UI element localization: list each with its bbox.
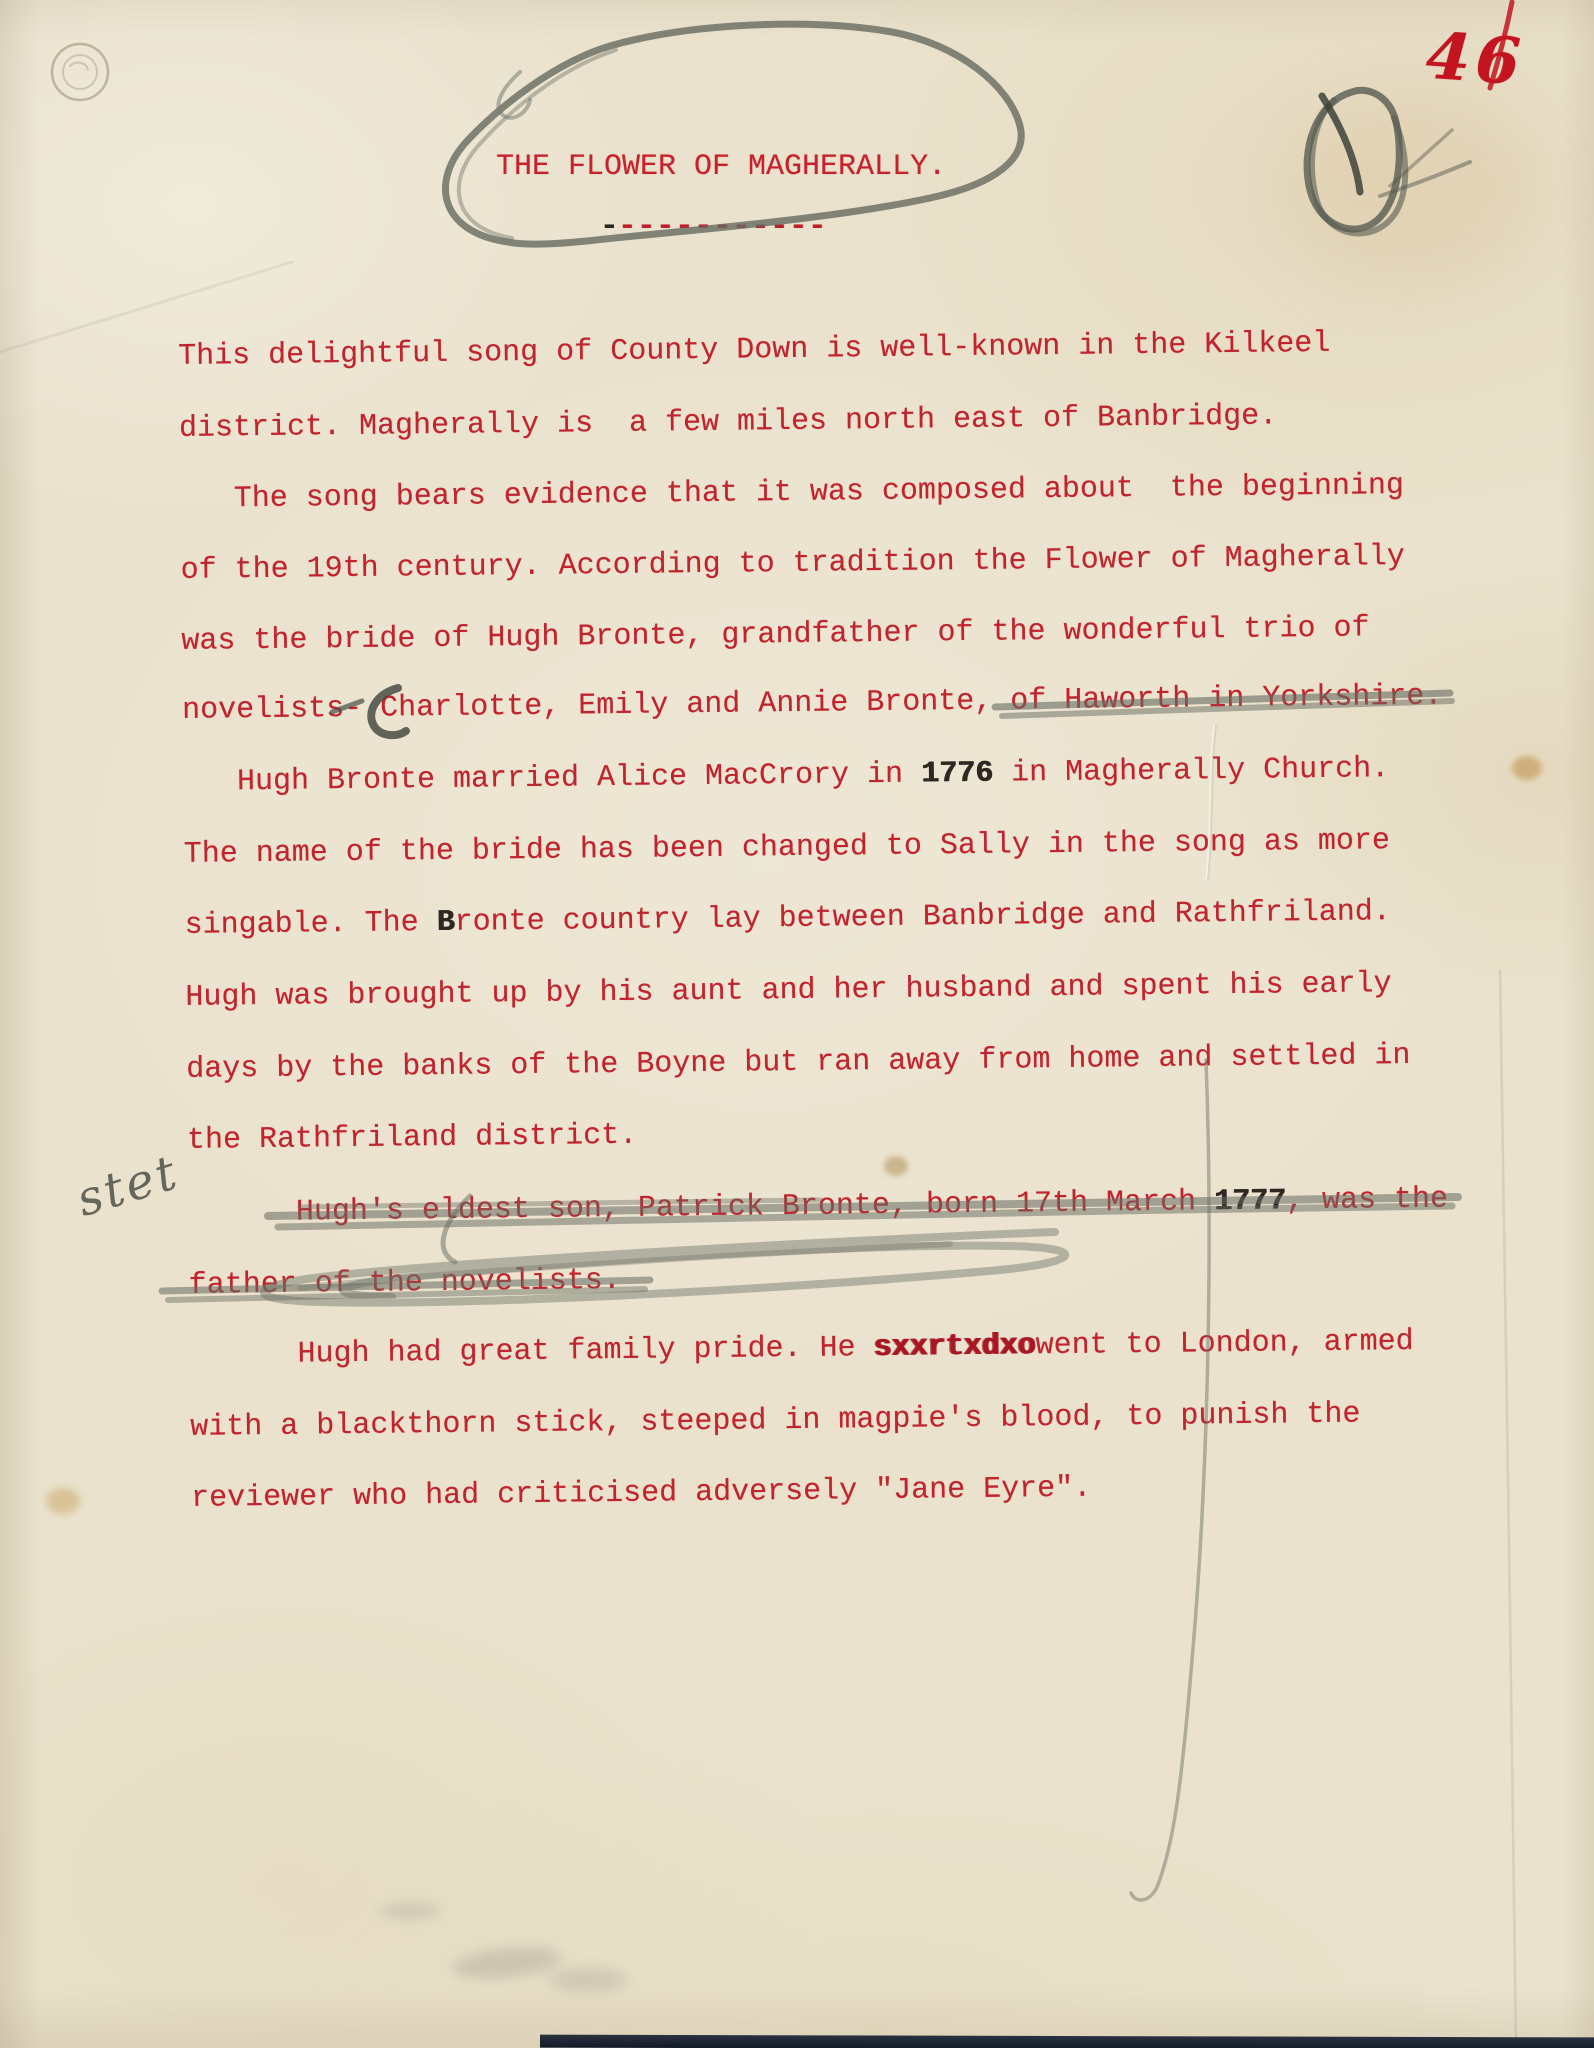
typed-text: ronte country lay between Banbridge and … <box>454 895 1390 940</box>
typed-text: Hugh Bronte married Alice MacCrory in <box>183 758 921 800</box>
typed-text-black: B <box>436 906 454 940</box>
typed-line: The song bears evidence that it was comp… <box>180 469 1405 517</box>
typed-text: Hugh was brought up by his aunt and her … <box>185 967 1392 1015</box>
typed-line: The name of the bride has been changed t… <box>184 824 1391 872</box>
typed-line: Hugh's eldest son, Patrick Bronte, born … <box>188 1183 1449 1231</box>
typed-text: district. Magherally is a few miles nort… <box>179 399 1278 445</box>
typed-text-struck: of Haworth in Yorkshire. <box>1010 680 1442 719</box>
typed-text-struck: father of the novelists. <box>189 1264 621 1303</box>
typed-line: This delightful song of County Down is w… <box>178 327 1330 374</box>
typed-line: the Rathfriland district. <box>187 1119 637 1158</box>
typed-text: singable. The <box>184 906 436 943</box>
typed-line: Hugh Bronte married Alice MacCrory in 17… <box>183 752 1390 800</box>
typed-text: days by the banks of the Boyne but ran a… <box>186 1039 1411 1087</box>
typed-line: singable. The Bronte country lay between… <box>184 895 1391 943</box>
typed-text-struck: , was the <box>1286 1183 1448 1219</box>
manuscript-page: THE FLOWER OF MAGHERALLY. ------------ 4… <box>0 0 1594 2048</box>
typed-text-struck: Hugh's eldest son, Patrick Bronte, born … <box>188 1185 1214 1231</box>
typed-text: This delightful song of County Down is w… <box>178 327 1330 374</box>
typed-line: of the 19th century. According to tradit… <box>180 540 1405 588</box>
typed-text-black: 1776 <box>921 757 993 792</box>
typed-text: reviewer who had criticised adversely "J… <box>191 1472 1091 1516</box>
typed-text: was the bride of Hugh Bronte, grandfathe… <box>181 611 1370 658</box>
typed-text-overtyped: sxxrtxdxo <box>873 1329 1035 1365</box>
typed-text: in Magherally Church. <box>993 752 1389 790</box>
typed-text: of the 19th century. According to tradit… <box>180 540 1405 588</box>
typed-line: days by the banks of the Boyne but ran a… <box>186 1039 1411 1087</box>
typed-line: was the bride of Hugh Bronte, grandfathe… <box>181 611 1370 658</box>
typed-text: Hugh had great family pride. He <box>189 1331 873 1373</box>
typed-text: The name of the bride has been changed t… <box>184 824 1391 872</box>
typed-line: Hugh was brought up by his aunt and her … <box>185 967 1392 1015</box>
typed-text-black: 1777 <box>1214 1184 1286 1219</box>
typed-line: Hugh had great family pride. He sxxrtxdx… <box>189 1325 1414 1373</box>
scan-edge <box>540 2035 1594 2048</box>
typed-line: district. Magherally is a few miles nort… <box>179 399 1278 445</box>
typed-text: the Rathfriland district. <box>187 1119 637 1158</box>
typed-text: went to London, armed <box>1035 1325 1413 1363</box>
typed-line: reviewer who had criticised adversely "J… <box>191 1472 1091 1516</box>
typed-text: The song bears evidence that it was comp… <box>180 469 1405 517</box>
typed-text: novelists- Charlotte, Emily and Annie Br… <box>182 684 1010 727</box>
typed-line: with a blackthorn stick, steeped in magp… <box>190 1398 1361 1445</box>
typed-text: with a blackthorn stick, steeped in magp… <box>190 1398 1361 1445</box>
typed-line: novelists- Charlotte, Emily and Annie Br… <box>182 680 1443 728</box>
typed-body: This delightful song of County Down is w… <box>0 0 1594 2048</box>
typed-line: father of the novelists. <box>189 1264 621 1303</box>
